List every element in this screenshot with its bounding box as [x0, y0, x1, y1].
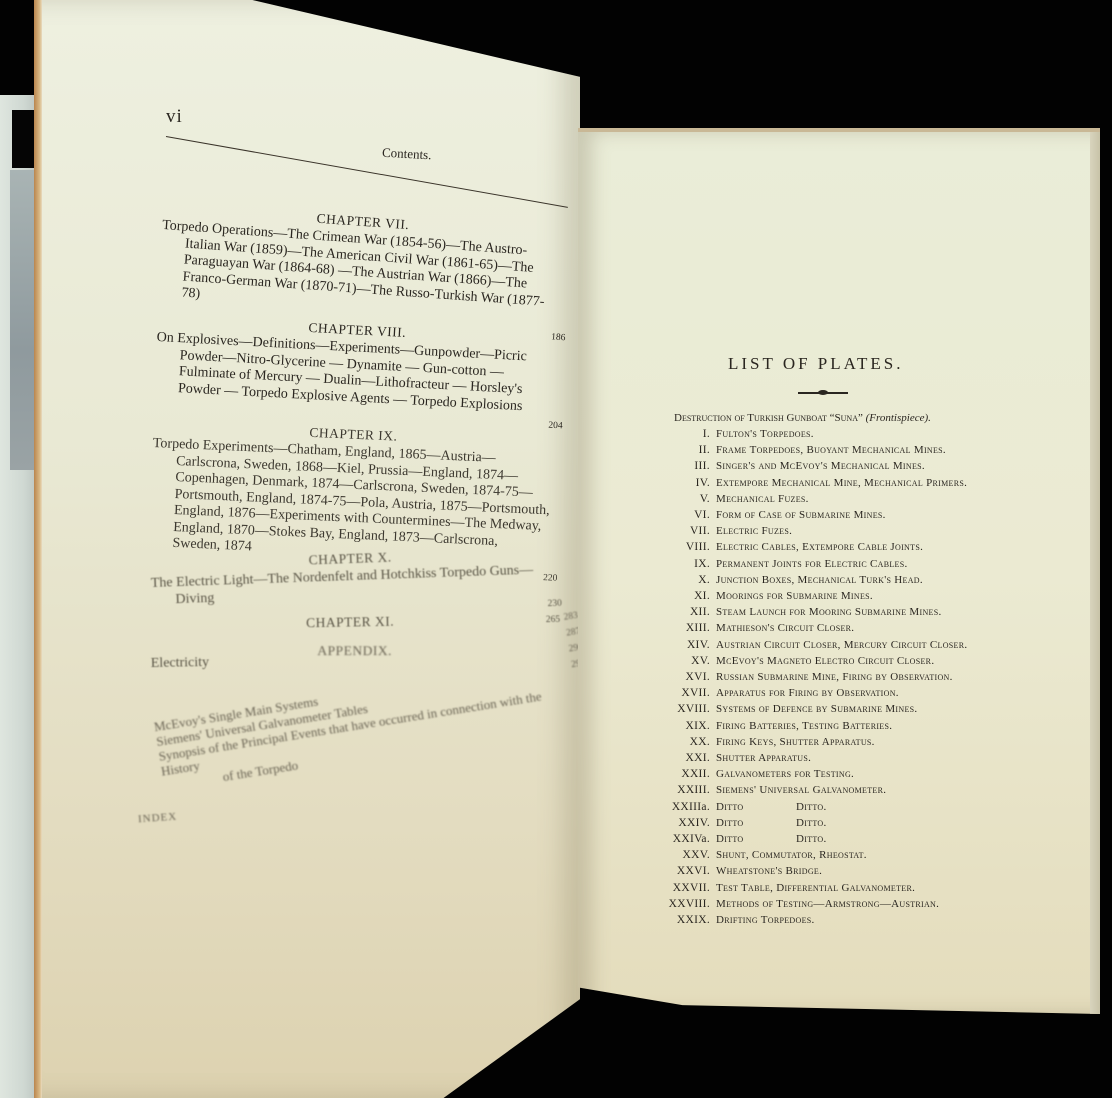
- plate-item: XXIV.DittoDitto.: [638, 815, 1078, 831]
- plate-item: IV.Extempore Mechanical Mine, Mechanical…: [638, 475, 1078, 491]
- plate-title: Austrian Circuit Closer, Mercury Circuit…: [716, 637, 967, 653]
- plate-title: Extempore Mechanical Mine, Mechanical Pr…: [716, 475, 967, 491]
- plate-number: XIV.: [638, 637, 716, 653]
- running-head: Contents.: [382, 145, 432, 164]
- plate-number: XXI.: [638, 750, 716, 766]
- plate-title: Form of Case of Submarine Mines.: [716, 507, 886, 523]
- plate-number: II.: [638, 442, 716, 458]
- plate-number: VII.: [638, 523, 716, 539]
- left-page: vi Contents. CHAPTER VII. Torpedo Operat…: [34, 0, 580, 1098]
- chapter-page: 230: [547, 599, 562, 609]
- list-of-plates-title: LIST OF PLATES.: [728, 354, 904, 374]
- plate-title: Apparatus for Firing by Observation.: [716, 685, 899, 701]
- plate-item: XIII.Mathieson's Circuit Closer.: [638, 620, 1078, 636]
- right-page: LIST OF PLATES. Destruction of Turkish G…: [578, 128, 1100, 1014]
- plate-number: XXIII.: [638, 782, 716, 798]
- plate-title: Frame Torpedoes, Buoyant Mechanical Mine…: [716, 442, 946, 458]
- plate-number: V.: [638, 491, 716, 507]
- plate-title: Methods of Testing—Armstrong—Austrian.: [716, 896, 939, 912]
- plate-item: XXI.Shutter Apparatus.: [638, 750, 1078, 766]
- plate-number: XXV.: [638, 847, 716, 863]
- plate-number: XII.: [638, 604, 716, 620]
- plate-number: XXVI.: [638, 863, 716, 879]
- header-rule: [166, 136, 568, 208]
- plate-title: Mathieson's Circuit Closer.: [716, 620, 854, 636]
- plate-item: VIII.Electric Cables, Extempore Cable Jo…: [638, 539, 1078, 555]
- plate-item: XXIII.Siemens' Universal Galvanometer.: [638, 782, 1078, 798]
- cover-marbling: [10, 170, 34, 470]
- plate-title: Shutter Apparatus.: [716, 750, 811, 766]
- plate-title: Russian Submarine Mine, Firing by Observ…: [716, 669, 953, 685]
- plate-item: XXIVa.DittoDitto.: [638, 831, 1078, 847]
- plate-title: Siemens' Universal Galvanometer.: [716, 782, 886, 798]
- plate-item: XXIIIa.DittoDitto.: [638, 799, 1078, 815]
- plate-number: X.: [638, 572, 716, 588]
- plate-number: XI.: [638, 588, 716, 604]
- plate-ditto: Ditto: [716, 831, 796, 847]
- plate-number: XXVIII.: [638, 896, 716, 912]
- plate-number: XXVII.: [638, 880, 716, 896]
- plate-item: XVIII.Systems of Defence by Submarine Mi…: [638, 701, 1078, 717]
- plate-number: XIX.: [638, 718, 716, 734]
- plate-item: XXVIII.Methods of Testing—Armstrong—Aust…: [638, 896, 1078, 912]
- plates-list: I.Fulton's Torpedoes. II.Frame Torpedoes…: [638, 426, 1078, 928]
- plate-number: XVIII.: [638, 701, 716, 717]
- plate-number: XVI.: [638, 669, 716, 685]
- plate-item: XXIX.Drifting Torpedoes.: [638, 912, 1078, 928]
- plate-title: Firing Keys, Shutter Apparatus.: [716, 734, 875, 750]
- plate-item: XVII.Apparatus for Firing by Observation…: [638, 685, 1078, 701]
- plate-ditto: Ditto.: [796, 833, 827, 845]
- plate-item: XV.McEvoy's Magneto Electro Circuit Clos…: [638, 653, 1078, 669]
- plate-item: XXVII.Test Table, Differential Galvanome…: [638, 880, 1078, 896]
- page-fore-edge: [1090, 132, 1100, 1014]
- plate-item: IX.Permanent Joints for Electric Cables.: [638, 556, 1078, 572]
- plate-number: VIII.: [638, 539, 716, 555]
- ornament-divider-icon: [798, 390, 848, 395]
- plate-item: XII.Steam Launch for Mooring Submarine M…: [638, 604, 1078, 620]
- contents-page: vi Contents. CHAPTER VII. Torpedo Operat…: [34, 0, 580, 1098]
- plate-item: II.Frame Torpedoes, Buoyant Mechanical M…: [638, 442, 1078, 458]
- plate-item: III.Singer's and McEvoy's Mechanical Min…: [638, 458, 1078, 474]
- plate-number: XXIV.: [638, 815, 716, 831]
- plate-title: Test Table, Differential Galvanometer.: [716, 880, 915, 896]
- plate-ditto: Ditto.: [796, 801, 827, 813]
- plate-ditto: Ditto: [716, 799, 796, 815]
- plate-item: XX.Firing Keys, Shutter Apparatus.: [638, 734, 1078, 750]
- plate-number: XXIX.: [638, 912, 716, 928]
- plate-item: VI.Form of Case of Submarine Mines.: [638, 507, 1078, 523]
- plate-title: Wheatstone's Bridge.: [716, 863, 822, 879]
- chapter-8-entry: CHAPTER VIII. On Explosives—Definitions—…: [154, 312, 558, 417]
- plate-title: Fulton's Torpedoes.: [716, 426, 814, 442]
- plate-title: McEvoy's Magneto Electro Circuit Closer.: [716, 653, 934, 669]
- plate-number: I.: [638, 426, 716, 442]
- plate-item: XIV.Austrian Circuit Closer, Mercury Cir…: [638, 637, 1078, 653]
- plate-number: IX.: [638, 556, 716, 572]
- plate-item: V.Mechanical Fuzes.: [638, 491, 1078, 507]
- plate-title: Steam Launch for Mooring Submarine Mines…: [716, 604, 942, 620]
- plate-title: Junction Boxes, Mechanical Turk's Head.: [716, 572, 923, 588]
- plate-title: Shunt, Commutator, Rheostat.: [716, 847, 867, 863]
- plate-number: III.: [638, 458, 716, 474]
- plate-title: Mechanical Fuzes.: [716, 491, 809, 507]
- plate-title: Galvanometers for Testing.: [716, 766, 854, 782]
- plate-item: XIX.Firing Batteries, Testing Batteries.: [638, 718, 1078, 734]
- plate-item: XI.Moorings for Submarine Mines.: [638, 588, 1078, 604]
- plate-number: XV.: [638, 653, 716, 669]
- plate-title: Singer's and McEvoy's Mechanical Mines.: [716, 458, 925, 474]
- plate-title: Electric Cables, Extempore Cable Joints.: [716, 539, 923, 555]
- plate-number: XIII.: [638, 620, 716, 636]
- frontispiece-note: (Frontispiece).: [866, 412, 931, 424]
- plate-item: I.Fulton's Torpedoes.: [638, 426, 1078, 442]
- plate-item: XVI.Russian Submarine Mine, Firing by Ob…: [638, 669, 1078, 685]
- plate-item: X.Junction Boxes, Mechanical Turk's Head…: [638, 572, 1078, 588]
- frontispiece-title: Destruction of Turkish Gunboat “Suna”: [674, 412, 863, 424]
- plate-title: Electric Fuzes.: [716, 523, 792, 539]
- chapter-7-entry: CHAPTER VII. Torpedo Operations—The Crim…: [157, 200, 563, 328]
- plate-ditto: Ditto: [716, 815, 796, 831]
- cover-shadow: [12, 110, 34, 168]
- plate-title: Drifting Torpedoes.: [716, 912, 815, 928]
- plate-number: XXIVa.: [638, 831, 716, 847]
- appendix-heading: APPENDIX.: [145, 643, 565, 659]
- plate-item: XXV.Shunt, Commutator, Rheostat.: [638, 847, 1078, 863]
- plate-ditto: Ditto.: [796, 817, 827, 829]
- frontispiece-entry: Destruction of Turkish Gunboat “Suna” (F…: [674, 412, 931, 424]
- plate-number: XVII.: [638, 685, 716, 701]
- plate-item: XXII.Galvanometers for Testing.: [638, 766, 1078, 782]
- plate-number: XXII.: [638, 766, 716, 782]
- plate-number: XX.: [638, 734, 716, 750]
- page-number: vi: [166, 106, 183, 128]
- plate-title: Permanent Joints for Electric Cables.: [716, 556, 908, 572]
- plate-number: IV.: [638, 475, 716, 491]
- plate-item: VII.Electric Fuzes.: [638, 523, 1078, 539]
- index-entry: INDEX: [138, 811, 178, 826]
- plate-number: XXIIIa.: [638, 799, 716, 815]
- plate-title: Firing Batteries, Testing Batteries.: [716, 718, 892, 734]
- plate-title: Systems of Defence by Submarine Mines.: [716, 701, 917, 717]
- plate-title: Moorings for Submarine Mines.: [716, 588, 873, 604]
- plate-item: XXVI.Wheatstone's Bridge.: [638, 863, 1078, 879]
- plate-number: VI.: [638, 507, 716, 523]
- chapter-page: 204: [548, 421, 563, 432]
